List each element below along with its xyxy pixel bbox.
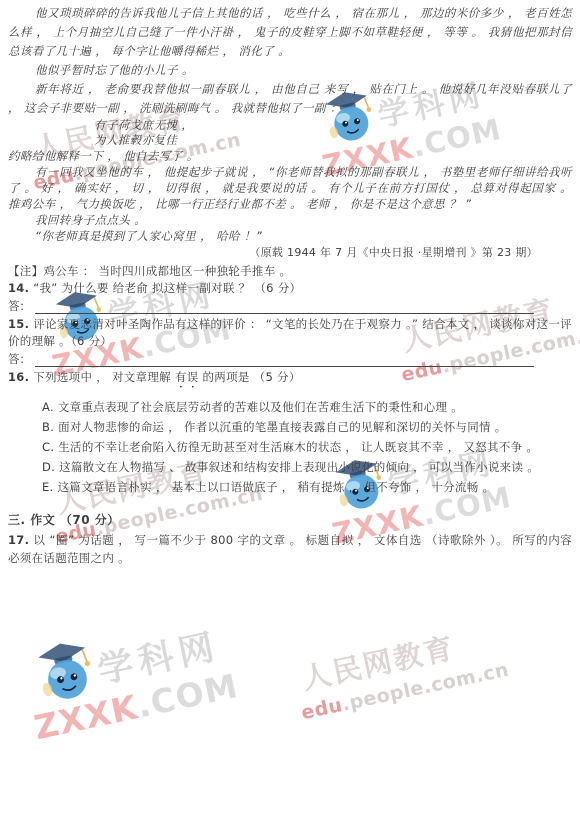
options-list: A. 文章重点表现了社会底层劳动者的苦难以及他们在苦难生活下的秉性和心理 。 B… — [8, 397, 572, 497]
source-attribution: （原载 1944 年 7 月《中央日报 ·星期增刊 》第 23 期） — [8, 244, 572, 262]
people-watermark: 人民网教育 edu.people.com.cn — [298, 614, 519, 723]
couplet-block: 有子荷戈庶无愧 ， 为人推毂亦复佳 — [8, 118, 572, 148]
zxxk-watermark: 学科网 ZXXK.COM — [34, 605, 257, 744]
footnote: 【注】鸡公车 ： 当时四川成都地区一种独轮手推车 。 — [8, 262, 572, 280]
answer-blank-line — [35, 355, 534, 367]
question-14: 14. “我” 为什么要 给老俞 拟这样一副对联 ？ （6 分） 答： — [8, 280, 572, 314]
story-paragraph: 我回转身子点点头 。 — [8, 212, 572, 228]
option-a: A. 文章重点表现了社会底层劳动者的苦难以及他们在苦难生活下的秉性和心理 。 — [8, 397, 572, 417]
question-text-post: 的两项是 （5 分） — [199, 370, 301, 384]
question-16: 16. 下列选项中 ， 对文章理解 有误 的两项是 （5 分） A. 文章重点表… — [8, 369, 572, 497]
question-text-pre: 下列选项中 ， 对文章理解 — [33, 370, 175, 384]
people-url-text: edu.people.com.cn — [299, 659, 511, 725]
answer-row: 答： — [8, 298, 572, 314]
question-number: 17. — [8, 533, 29, 547]
story-paragraph: 他似乎暂时忘了他的小儿子 。 — [8, 61, 572, 80]
question-text: 以 “圈” 为话题 ， 写一篇不少于 800 字的文章 。 标题自拟 ， 文体自… — [8, 533, 572, 566]
answer-label: 答： — [8, 351, 31, 367]
question-15: 15. 评论家夏志清对叶圣陶作品有这样的评价 ： “文笔的长处乃在于观察力 。”… — [8, 316, 572, 367]
option-b: B. 面对人物悲惨的命运 ， 作者以沉重的笔墨直接表露自己的见解和深切的关怀与同… — [8, 417, 572, 437]
question-text: 评论家夏志清对叶圣陶作品有这样的评价 ： “文笔的长处乃在于观察力 。” 结合本… — [8, 317, 572, 349]
couplet-line: 为人推毂亦复佳 — [8, 133, 572, 148]
option-e: E. 这篇文章语言朴实 ， 基本上以口语做底子 ， 稍有提炼 ， 但不夸饰 ， … — [8, 477, 572, 497]
story-paragraph: 约略给他解释一下 ， 他自去写了 。 — [8, 148, 572, 164]
question-text: “我” 为什么要 给老俞 拟这样一副对联 ？ （6 分） — [33, 281, 301, 295]
question-number: 14. — [8, 281, 29, 295]
story-paragraph: “你老师真是摸到了人家心窝里 ， 哈哈 ！” — [8, 228, 572, 244]
essay-section-title: 三. 作文 （70 分） — [8, 511, 572, 529]
option-d: D. 这篇散文在人物描写 、 故事叙述和结构安排上表现出小说化的倾向 ， 可以当… — [8, 457, 572, 477]
answer-row: 答： — [8, 351, 572, 367]
story-paragraph: 他又琐琐碎碎的告诉我他儿子信上其他的话 ， 吃些什么 ， 宿在那儿 ， 那边的米… — [8, 4, 572, 61]
story-paragraph: 新年将近 ， 老俞要我替他拟一副春联儿 ， 由他自己 来写 ， 贴在门上 。 他… — [8, 80, 572, 118]
question-number: 15. — [8, 317, 29, 331]
question-17: 17. 以 “圈” 为话题 ， 写一篇不少于 800 字的文章 。 标题自拟 ，… — [8, 531, 572, 568]
zxxk-brand-text: 学科网 — [92, 616, 223, 692]
answer-label: 答： — [8, 298, 31, 314]
option-c: C. 生活的不幸让老俞陷入彷徨无助甚至对生活麻木的状态 ， 让人既哀其不幸 ， … — [8, 437, 572, 457]
people-brand-text: 人民网教育 — [298, 614, 514, 698]
zxxk-mascot-icon — [34, 637, 99, 710]
exam-text-block: 他又琐琐碎碎的告诉我他儿子信上其他的话 ， 吃些什么 ， 宿在那儿 ， 那边的米… — [0, 0, 580, 568]
exam-scan-page: 学科网 ZXXK.COM 人民网教育 edu.people.com.cn 学科网… — [0, 0, 580, 821]
emphasized-text: 有误 — [175, 370, 199, 384]
answer-blank-line — [35, 302, 534, 314]
couplet-line: 有子荷戈庶无愧 ， — [8, 118, 572, 133]
question-number: 16. — [8, 370, 29, 384]
zxxk-domain-text: ZXXK.COM — [31, 666, 242, 747]
story-paragraph: 有一回我又坐他的车 ， 他提起步子就说 ， “你老师替我拟的那副春联儿 ， 书塾… — [8, 164, 572, 212]
